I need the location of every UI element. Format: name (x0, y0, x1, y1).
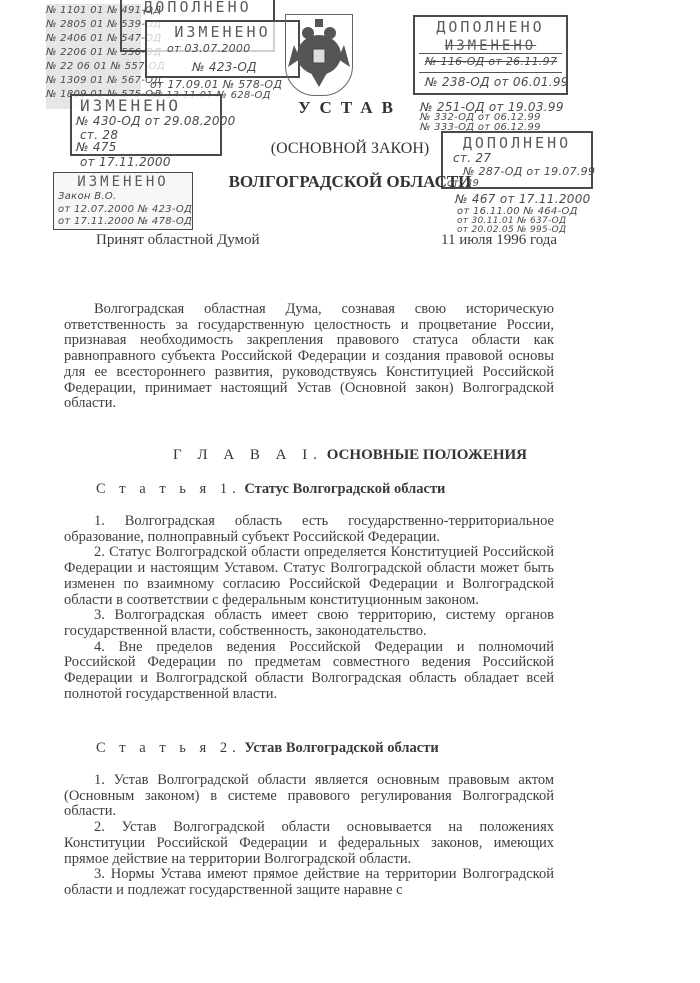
article-body: 1. Волгоградская область есть государств… (64, 514, 554, 702)
stamp-dopolneno-izmeneno-top-right: ДОПОЛНЕНО ИЗМЕНЕНО № 116-ОД от 26.11.97 … (413, 15, 568, 95)
adopted-date: 11 июля 1996 года (441, 232, 557, 249)
chapter-prefix: Г Л А В А I. (173, 447, 323, 463)
article-heading: С т а т ь я 2. Устав Волгоградской облас… (96, 740, 439, 757)
preamble-text: Волгоградская областная Дума, сознавая с… (64, 302, 554, 412)
paragraph: 2. Устав Волгоградской области основывае… (64, 820, 554, 867)
document-page: № 1101 01 № 491-ОД № 2805 01 № 539-ОД № … (0, 0, 700, 983)
adopted-by: Принят областной Думой (96, 232, 260, 249)
article-heading: С т а т ь я 1. Статус Волгоградской обла… (96, 481, 445, 498)
chapter-title: ОСНОВНЫЕ ПОЛОЖЕНИЯ (327, 447, 527, 463)
paragraph: 1. Устав Волгоградской области является … (64, 773, 554, 820)
note: № 22 06 01 № 557-ОД (46, 60, 141, 74)
article-title: Статус Волгоградской области (244, 481, 445, 497)
paragraph: 1. Волгоградская область есть государств… (64, 514, 554, 545)
preamble: Волгоградская областная Дума, сознавая с… (64, 302, 554, 412)
note: № 467 от 17.11.2000 (455, 192, 591, 206)
paragraph: 2. Статус Волгоградской области определя… (64, 545, 554, 608)
double-headed-eagle-icon (286, 15, 352, 95)
paragraph: 4. Вне пределов ведения Российской Федер… (64, 640, 554, 703)
document-title: УСТАВ (0, 98, 700, 118)
article-body: 1. Устав Волгоградской области является … (64, 773, 554, 899)
article-prefix: С т а т ь я 2. (96, 740, 241, 756)
paragraph: 3. Волгоградская область имеет свою терр… (64, 608, 554, 639)
paragraph: 3. Нормы Устава имеют прямое действие на… (64, 867, 554, 898)
chapter-heading: Г Л А В А I. ОСНОВНЫЕ ПОЛОЖЕНИЯ (0, 447, 700, 464)
stamp-izmeneno-top: ИЗМЕНЕНО от 03.07.2000 № 423-ОД (145, 20, 300, 78)
document-subtitle: (ОСНОВНОЙ ЗАКОН) (0, 140, 700, 158)
article-prefix: С т а т ь я 1. (96, 481, 241, 497)
note: № 1309 01 № 567-ОД (46, 74, 141, 88)
article-title: Устав Волгоградской области (244, 740, 438, 756)
document-region: ВОЛГОГРАДСКОЙ ОБЛАСТИ (0, 172, 700, 192)
coat-of-arms-emblem (285, 14, 353, 96)
